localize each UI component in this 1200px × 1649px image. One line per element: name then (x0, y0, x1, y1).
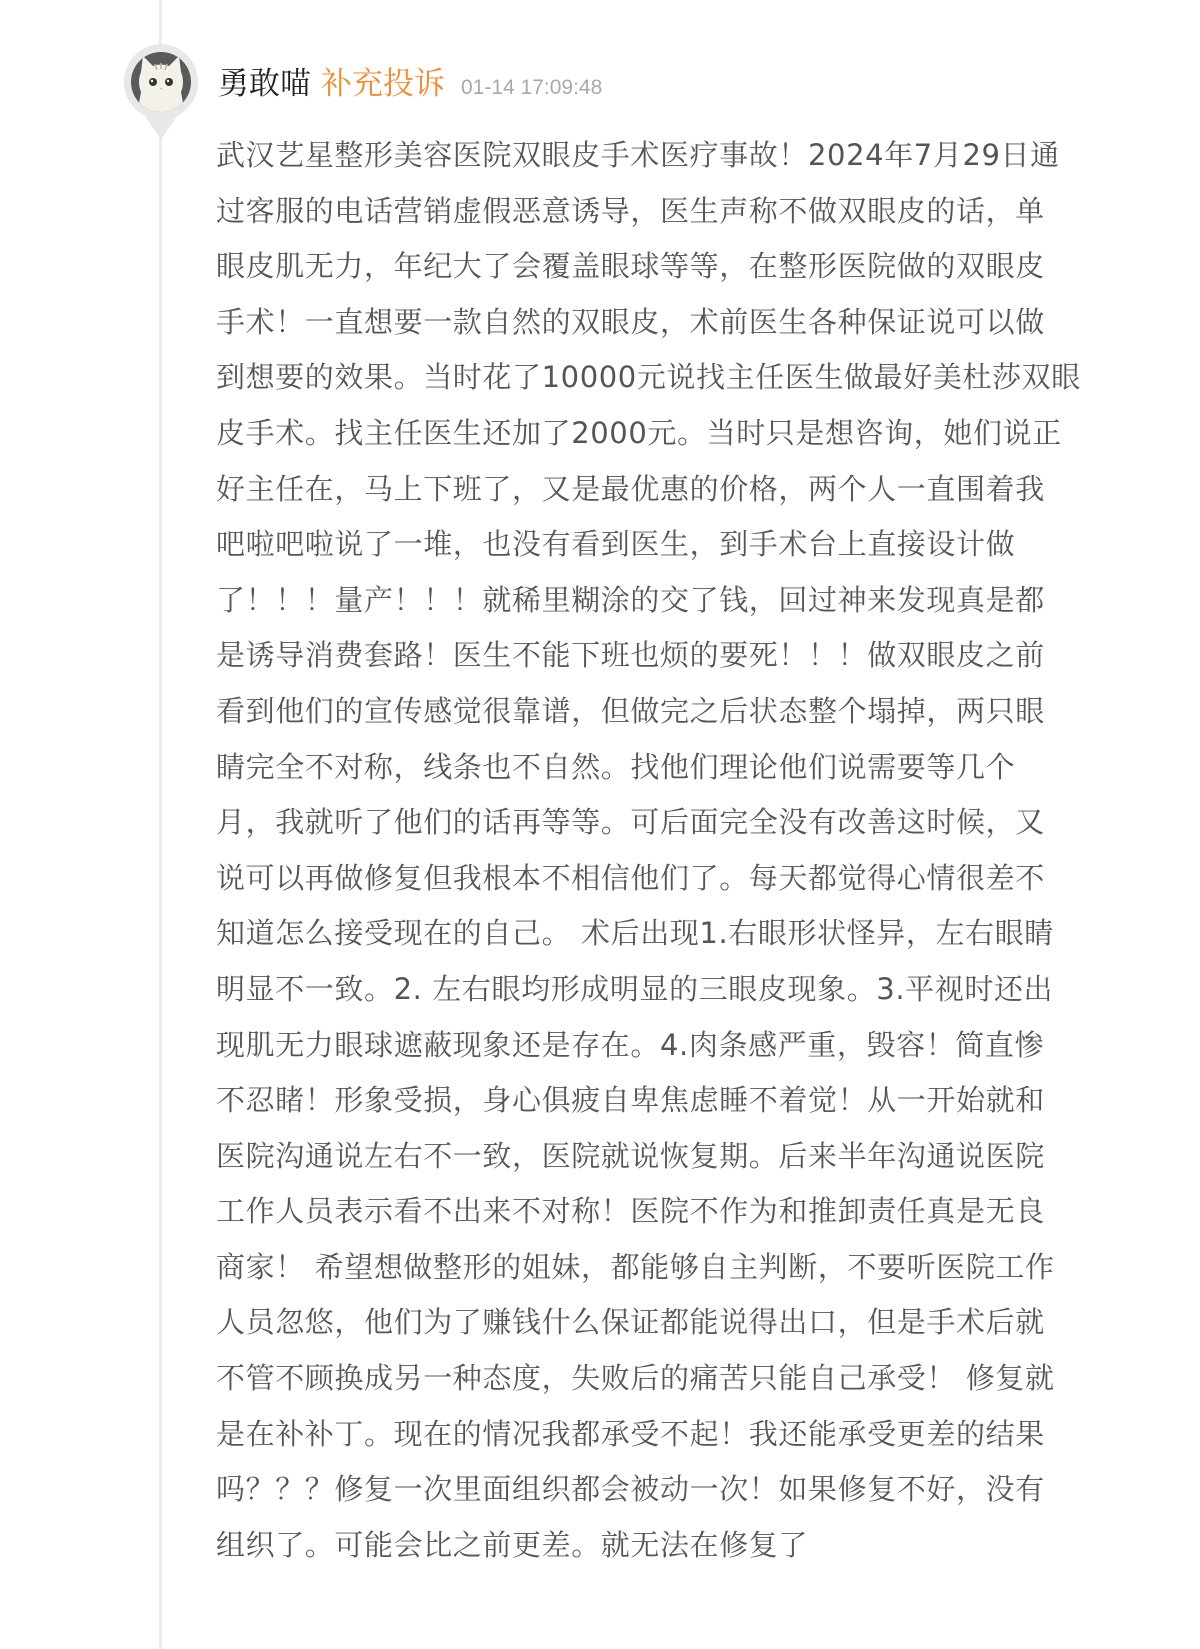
content-line: 是在补补丁。现在的情况我都承受不起！我还能承受更差的结果 (216, 1407, 1091, 1463)
content-line: 现肌无力眼球遮蔽现象还是存在。4.肉条感严重，毁容！简直惨 (216, 1018, 1091, 1074)
content-line: 商家！ 希望想做整形的姐妹，都能够自主判断，不要听医院工作 (216, 1240, 1091, 1296)
username[interactable]: 勇敢喵 (218, 58, 311, 103)
content-line: 好主任在，马上下班了，又是最优惠的价格，两个人一直围着我 (216, 462, 1091, 518)
content-line: 人员忽悠，他们为了赚钱什么保证都能说得出口，但是手术后就 (216, 1295, 1091, 1351)
content-line: 到想要的效果。当时花了10000元说找主任医生做最好美杜莎双眼 (216, 350, 1091, 406)
content-line: 了！！！量产！！！就稀里糊涂的交了钱，回过神来发现真是都 (216, 573, 1091, 629)
post-header: 勇敢喵 补充投诉 01-14 17:09:48 (218, 58, 602, 102)
complaint-tag: 补充投诉 (321, 58, 445, 103)
content-line: 睛完全不对称，线条也不自然。找他们理论他们说需要等几个 (216, 740, 1091, 796)
content-line: 过客服的电话营销虚假恶意诱导，医生声称不做双眼皮的话，单 (216, 184, 1091, 240)
content-line: 手术！一直想要一款自然的双眼皮，术前医生各种保证说可以做 (216, 295, 1091, 351)
timestamp: 01-14 17:09:48 (461, 76, 602, 100)
content-line: 知道怎么接受现在的自己。 术后出现1.右眼形状怪异，左右眼睛 (216, 906, 1091, 962)
content-line: 是诱导消费套路！医生不能下班也烦的要死！！！做双眼皮之前 (216, 628, 1091, 684)
avatar[interactable] (121, 42, 201, 142)
content-line: 吧啦吧啦说了一堆，也没有看到医生，到手术台上直接设计做 (216, 517, 1091, 573)
content-line: 不管不顾换成另一种态度，失败后的痛苦只能自己承受！ 修复就 (216, 1351, 1091, 1407)
content-line: 明显不一致。2. 左右眼均形成明显的三眼皮现象。3.平视时还出 (216, 962, 1091, 1018)
content-line: 眼皮肌无力，年纪大了会覆盖眼球等等，在整形医院做的双眼皮 (216, 239, 1091, 295)
content-line: 说可以再做修复但我根本不相信他们了。每天都觉得心情很差不 (216, 851, 1091, 907)
content-line: 工作人员表示看不出来不对称！医院不作为和推卸责任真是无良 (216, 1184, 1091, 1240)
post-content: 武汉艺星整形美容医院双眼皮手术医疗事故！2024年7月29日通 过客服的电话营销… (216, 128, 1091, 1573)
content-line: 不忍睹！形象受损，身心俱疲自卑焦虑睡不着觉！从一开始就和 (216, 1073, 1091, 1129)
content-line: 组织了。可能会比之前更差。就无法在修复了 (216, 1518, 1091, 1574)
content-line: 武汉艺星整形美容医院双眼皮手术医疗事故！2024年7月29日通 (216, 128, 1091, 184)
content-line: 皮手术。找主任医生还加了2000元。当时只是想咨询，她们说正 (216, 406, 1091, 462)
timeline-line (159, 0, 162, 1649)
content-line: 医院沟通说左右不一致，医院就说恢复期。后来半年沟通说医院 (216, 1129, 1091, 1185)
content-line: 月，我就听了他们的话再等等。可后面完全没有改善这时候，又 (216, 795, 1091, 851)
cat-avatar-icon (121, 42, 201, 142)
content-line: 看到他们的宣传感觉很靠谱，但做完之后状态整个塌掉，两只眼 (216, 684, 1091, 740)
content-line: 吗？？？修复一次里面组织都会被动一次！如果修复不好，没有 (216, 1462, 1091, 1518)
